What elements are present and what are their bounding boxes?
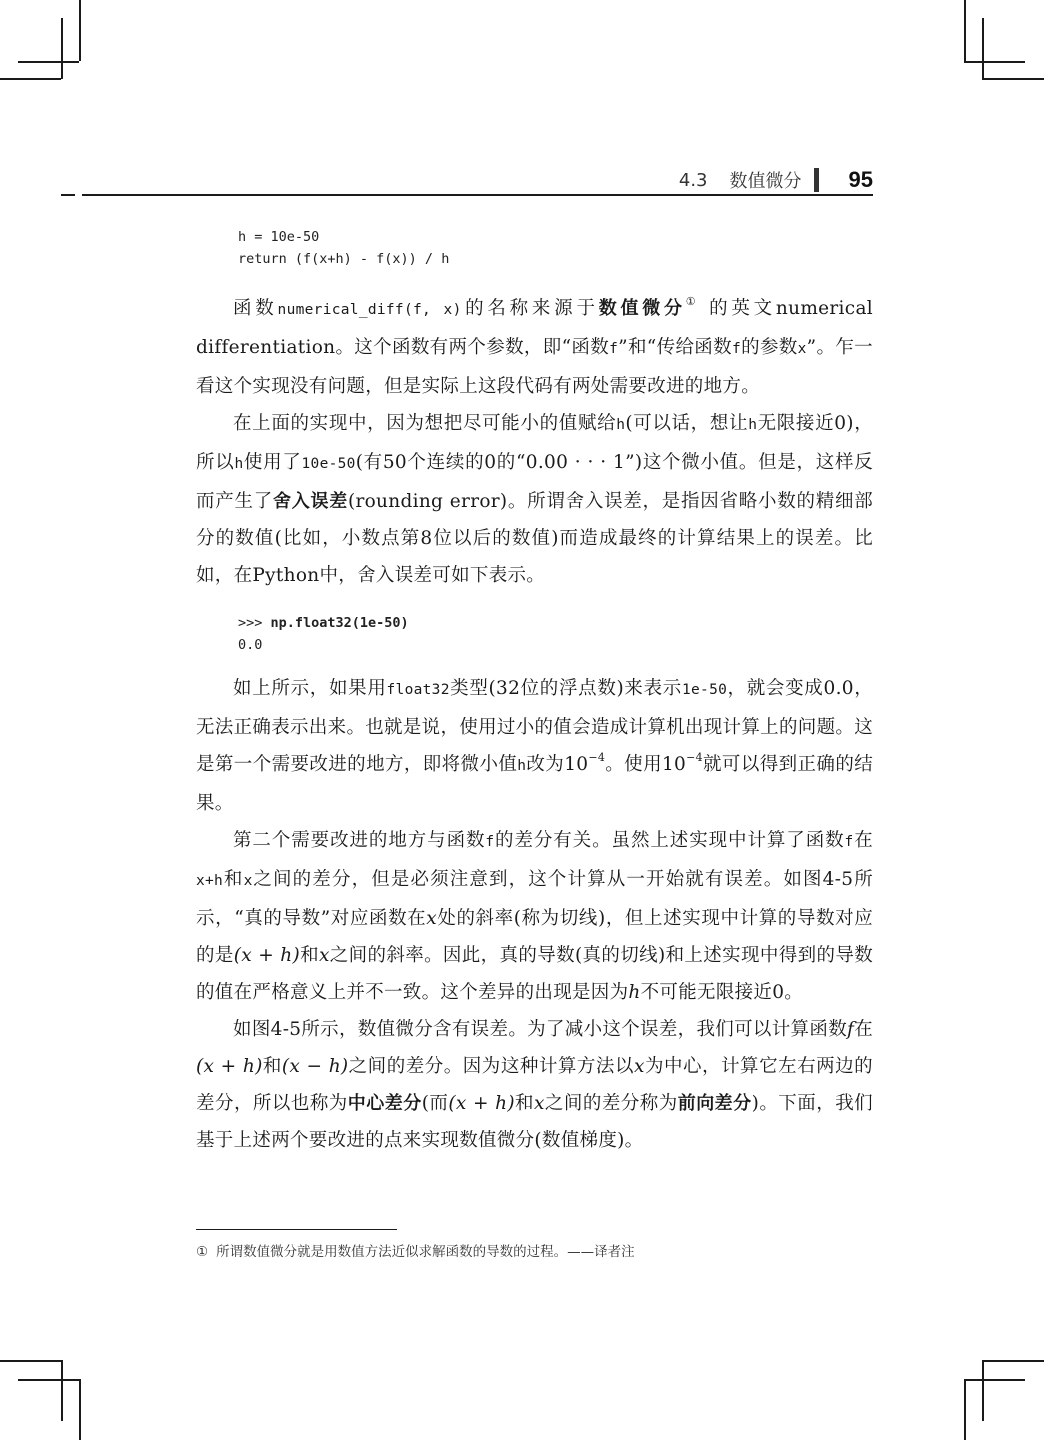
footnote-rule: [196, 1229, 397, 1230]
text: 类型(32位的浮点数)来表示: [450, 678, 682, 699]
crop-mark-tr-v2: [982, 18, 984, 79]
term-central-difference: 中心差分: [348, 1093, 422, 1114]
crop-mark-bl-v1: [61, 1360, 63, 1421]
code-input: np.float32(1e-50): [271, 615, 409, 631]
code-input-line: >>> np.float32(1e-50): [238, 612, 873, 634]
inline-code: x+h: [196, 873, 223, 889]
math: x: [634, 1056, 645, 1077]
inline-code: 1e-50: [682, 682, 727, 698]
code-output: 0.0: [238, 634, 873, 656]
crop-mark-tl-v1: [61, 18, 63, 79]
term-rounding-error: 舍入误差: [273, 491, 348, 512]
inline-code: x: [244, 873, 253, 889]
section-number: 4.3: [679, 170, 708, 191]
term-numerical-differentiation: 数值微分: [599, 298, 686, 319]
footnote-text: 所谓数值微分就是用数值方法近似求解函数的导数的过程。——译者注: [216, 1244, 635, 1260]
running-head: 4.3 数值微分 95: [679, 167, 873, 193]
crop-mark-tr-h2: [982, 78, 1044, 80]
text: 在: [854, 1019, 873, 1040]
text: 之间的差分称为: [545, 1093, 678, 1114]
exponent: −4: [588, 751, 605, 764]
paragraph-3: 如上所示，如果用float32类型(32位的浮点数)来表示1e-50，就会变成0…: [196, 670, 873, 822]
math: (x + h): [234, 945, 300, 966]
inline-code: f: [732, 341, 741, 357]
section-title: 数值微分: [730, 167, 802, 193]
text: (可以话，想让: [625, 413, 748, 434]
paragraph-4: 第二个需要改进的地方与函数f的差分有关。虽然上述实现中计算了函数f在x+h和x之…: [196, 822, 873, 1011]
text: 改为10: [526, 754, 588, 775]
code-block-1: h = 10e-50return (f(x+h) - f(x)) / h: [196, 226, 873, 270]
footnote: ①所谓数值微分就是用数值方法近似求解函数的导数的过程。——译者注: [196, 1240, 635, 1260]
crop-mark-bl-v2: [79, 1379, 81, 1440]
text: 在: [854, 830, 873, 851]
page-number: 95: [849, 167, 873, 193]
text: 和: [300, 945, 319, 966]
inline-code: h: [616, 417, 625, 433]
code-line: h = 10e-50: [238, 226, 873, 248]
crop-mark-bl-h1: [0, 1360, 61, 1362]
inline-code: h: [517, 758, 526, 774]
text: ”和“传给函数: [618, 337, 732, 358]
python-prompt: >>>: [238, 615, 271, 631]
text: 的差分有关。虽然上述实现中计算了函数: [494, 830, 844, 851]
text: 函数: [233, 298, 278, 319]
crop-mark-tl-h2: [18, 61, 79, 63]
crop-mark-br-v2: [964, 1379, 966, 1440]
running-header: 4.3 数值微分 95: [82, 165, 873, 195]
header-rule-stub: [61, 194, 75, 196]
exponent: −4: [686, 751, 703, 764]
math: x: [534, 1093, 545, 1114]
crop-mark-tr-h1: [964, 61, 1025, 63]
crop-mark-br-h1: [982, 1360, 1044, 1362]
paragraph-1: 函数numerical_diff(f, x)的名称来源于数值微分① 的英文num…: [196, 290, 873, 405]
term-forward-difference: 前向差分: [678, 1093, 752, 1114]
inline-code: 10e-50: [302, 456, 356, 472]
code-block-2: >>> np.float32(1e-50)0.0: [196, 612, 873, 656]
crop-mark-tr-v1: [964, 0, 966, 61]
text: 在上面的实现中，因为想把尽可能小的值赋给: [233, 413, 616, 434]
inline-code: x: [798, 341, 807, 357]
footnote-mark: ①: [196, 1244, 208, 1260]
math: (x + h): [448, 1093, 515, 1114]
inline-code: float32: [387, 682, 450, 698]
math: x: [426, 908, 437, 929]
inline-code: h: [748, 417, 757, 433]
inline-code: numerical_diff(f, x): [278, 302, 462, 318]
text: 。使用10: [605, 754, 686, 775]
code-line: return (f(x+h) - f(x)) / h: [238, 248, 873, 270]
header-rule: [82, 194, 873, 196]
paragraph-2: 在上面的实现中，因为想把尽可能小的值赋给h(可以话，想让h无限接近0)，所以h使…: [196, 405, 873, 594]
text: 不可能无限接近0。: [641, 982, 803, 1003]
math: (x − h): [282, 1056, 349, 1077]
text: 的名称来源于: [462, 298, 599, 319]
text: 如图4-5所示，数值微分含有误差。为了减小这个误差，我们可以计算函数: [233, 1019, 847, 1040]
math: x: [319, 945, 330, 966]
crop-mark-br-h2: [964, 1379, 1025, 1381]
text: 使用了: [243, 452, 301, 473]
inline-code: f: [609, 341, 618, 357]
text: 和: [223, 869, 243, 890]
text: 之间的差分。因为这种计算方法以: [348, 1056, 634, 1077]
crop-mark-br-v1: [982, 1360, 984, 1421]
text: 如上所示，如果用: [233, 678, 387, 699]
math: h: [628, 982, 640, 1003]
text: 的参数: [741, 337, 798, 358]
text: 第二个需要改进的地方与函数: [233, 830, 485, 851]
page-body: h = 10e-50return (f(x+h) - f(x)) / h 函数n…: [196, 222, 873, 1159]
crop-mark-tl-v2: [79, 0, 81, 61]
math: (x + h): [196, 1056, 263, 1077]
text: (而: [422, 1093, 449, 1114]
crop-mark-bl-h2: [18, 1379, 79, 1381]
crop-mark-tl-h1: [0, 78, 61, 80]
header-bar: [814, 168, 819, 192]
inline-code: f: [845, 834, 854, 850]
text: 和: [263, 1056, 282, 1077]
paragraph-5: 如图4-5所示，数值微分含有误差。为了减小这个误差，我们可以计算函数f在(x +…: [196, 1011, 873, 1159]
text: 和: [515, 1093, 534, 1114]
footnote-ref[interactable]: ①: [686, 295, 700, 308]
